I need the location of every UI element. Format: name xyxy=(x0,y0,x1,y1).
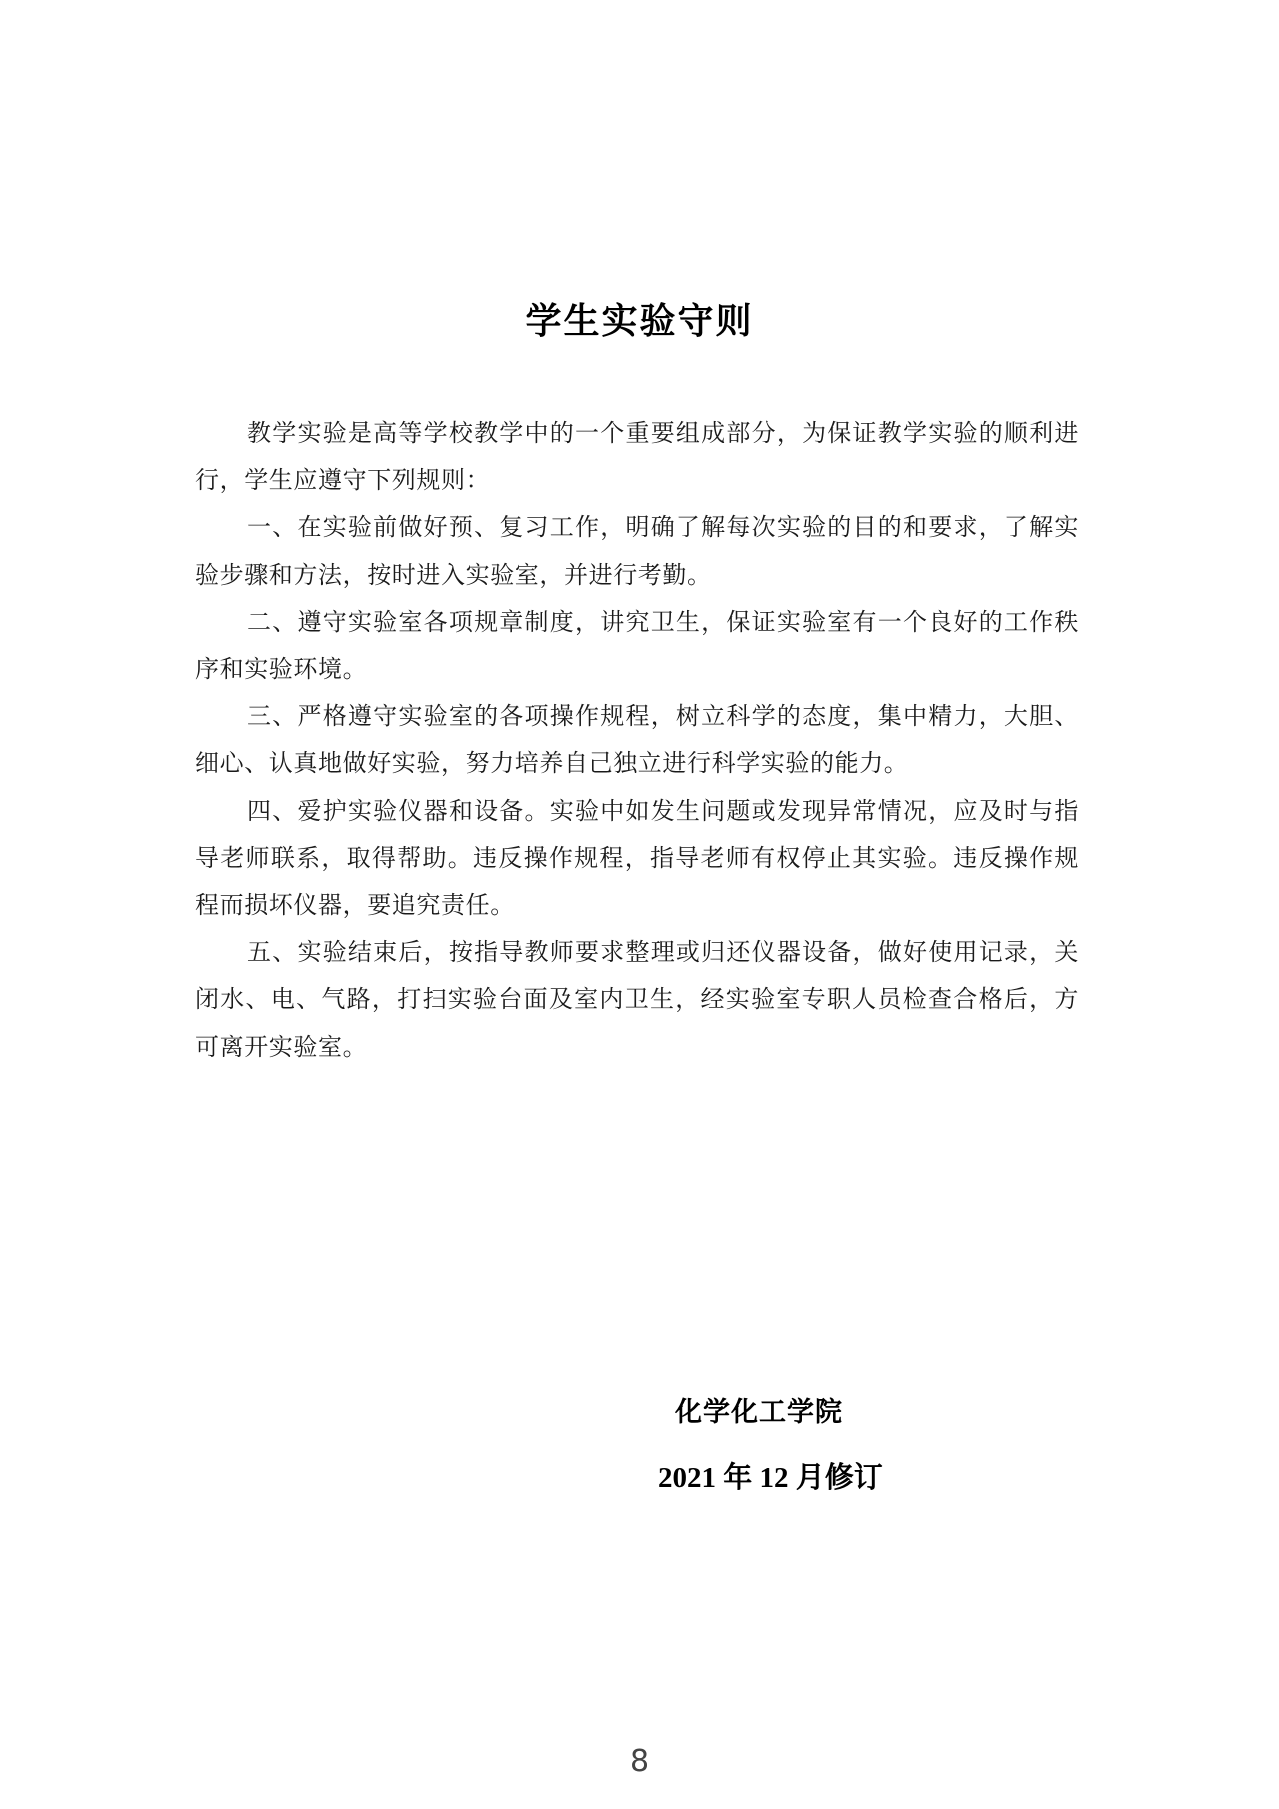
intro-paragraph: 教学实验是高等学校教学中的一个重要组成部分，为保证教学实验的顺利进行，学生应遵守… xyxy=(195,410,1079,504)
document-page: 学生实验守则 教学实验是高等学校教学中的一个重要组成部分，为保证教学实验的顺利进… xyxy=(0,0,1279,1809)
rule-paragraph-3: 三、严格遵守实验室的各项操作规程，树立科学的态度，集中精力，大胆、细心、认真地做… xyxy=(195,693,1079,787)
document-title: 学生实验守则 xyxy=(0,300,1279,344)
rule-paragraph-1: 一、在实验前做好预、复习工作，明确了解每次实验的目的和要求，了解实验步骤和方法，… xyxy=(195,504,1079,598)
rule-paragraph-4: 四、爱护实验仪器和设备。实验中如发生问题或发现异常情况，应及时与指导老师联系，取… xyxy=(195,788,1079,930)
rule-paragraph-2: 二、遵守实验室各项规章制度，讲究卫生，保证实验室有一个良好的工作秩序和实验环境。 xyxy=(195,599,1079,693)
page-number: 8 xyxy=(0,1744,1279,1780)
signature-organization: 化学化工学院 xyxy=(675,1395,843,1431)
document-body: 教学实验是高等学校教学中的一个重要组成部分，为保证教学实验的顺利进行，学生应遵守… xyxy=(195,410,1079,1071)
rule-paragraph-5: 五、实验结束后，按指导教师要求整理或归还仪器设备，做好使用记录，关闭水、电、气路… xyxy=(195,929,1079,1071)
signature-date: 2021 年 12 月修订 xyxy=(658,1460,883,1496)
